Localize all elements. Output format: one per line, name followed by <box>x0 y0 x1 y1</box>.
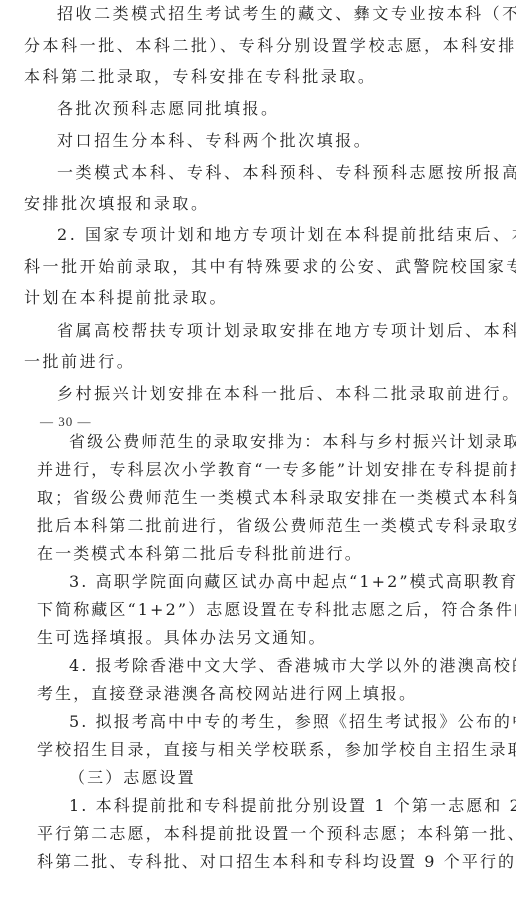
paragraph-line: 一类模式本科、专科、本科预科、专科预科志愿按所报高校 <box>57 163 490 183</box>
paragraph-line: 乡村振兴计划安排在本科一批后、本科二批录取前进行。 <box>57 384 490 404</box>
paragraph-line: 各批次预科志愿同批填报。 <box>57 99 490 119</box>
paragraph-line: 省级公费师范生的录取安排为：本科与乡村振兴计划录取一 <box>69 432 490 452</box>
paragraph-line: 在一类模式本科第二批后专科批前进行。 <box>37 544 490 564</box>
paragraph-line: 4. 报考除香港中文大学、香港城市大学以外的港澳高校的 <box>69 656 490 676</box>
paragraph-line: 取；省级公费师范生一类模式本科录取安排在一类模式本科第一 <box>37 488 490 508</box>
paragraph-line: 科一批开始前录取，其中有特殊要求的公安、武警院校国家专项 <box>24 257 490 277</box>
paragraph-line: 生可选择填报。具体办法另文通知。 <box>37 628 490 648</box>
paragraph-line: 省属高校帮扶专项计划录取安排在地方专项计划后、本科第 <box>57 321 490 341</box>
paragraph-line: 一批前进行。 <box>24 352 490 372</box>
paragraph-line: 批后本科第二批前进行，省级公费师范生一类模式专科录取安排 <box>37 516 490 536</box>
paragraph-line: 学校招生目录，直接与相关学校联系，参加学校自主招生录取。 <box>37 740 490 760</box>
paragraph-line: 招收二类模式招生考试考生的藏文、彝文专业按本科（不区 <box>57 4 490 24</box>
paragraph-line: 平行第二志愿，本科提前批设置一个预科志愿；本科第一批、本 <box>37 824 490 844</box>
paragraph-line: 计划在本科提前批录取。 <box>24 288 490 308</box>
paragraph-line: 安排批次填报和录取。 <box>24 194 490 214</box>
paragraph-line: 分本科一批、本科二批）、专科分别设置学校志愿，本科安排在 <box>24 36 490 56</box>
paragraph-line: 考生，直接登录港澳各高校网站进行网上填报。 <box>37 684 490 704</box>
paragraph-line: 1. 本科提前批和专科提前批分别设置 1 个第一志愿和 2 个 <box>69 796 490 816</box>
paragraph-line: 2. 国家专项计划和地方专项计划在本科提前批结束后、本 <box>57 225 490 245</box>
paragraph-line: 3. 高职学院面向藏区试办高中起点“1+2”模式高职教育（以 <box>69 572 490 592</box>
paragraph-line: 对口招生分本科、专科两个批次填报。 <box>57 131 490 151</box>
paragraph-line: 并进行，专科层次小学教育“一专多能”计划安排在专科提前批录 <box>37 460 490 480</box>
paragraph-line: 5. 拟报考高中中专的考生，参照《招生考试报》公布的中职 <box>69 712 490 732</box>
paragraph-line: 科第二批、专科批、对口招生本科和专科均设置 9 个平行的第一 <box>37 852 490 872</box>
section-heading: （三）志愿设置 <box>69 768 490 788</box>
paragraph-line: 下简称藏区“1+2”）志愿设置在专科批志愿之后，符合条件的考 <box>37 600 490 620</box>
paragraph-line: 本科第二批录取，专科安排在专科批录取。 <box>24 67 490 87</box>
document-page: 招收二类模式招生考试考生的藏文、彝文专业按本科（不区 分本科一批、本科二批）、专… <box>0 0 516 899</box>
page-number: — 30 — <box>40 414 92 430</box>
